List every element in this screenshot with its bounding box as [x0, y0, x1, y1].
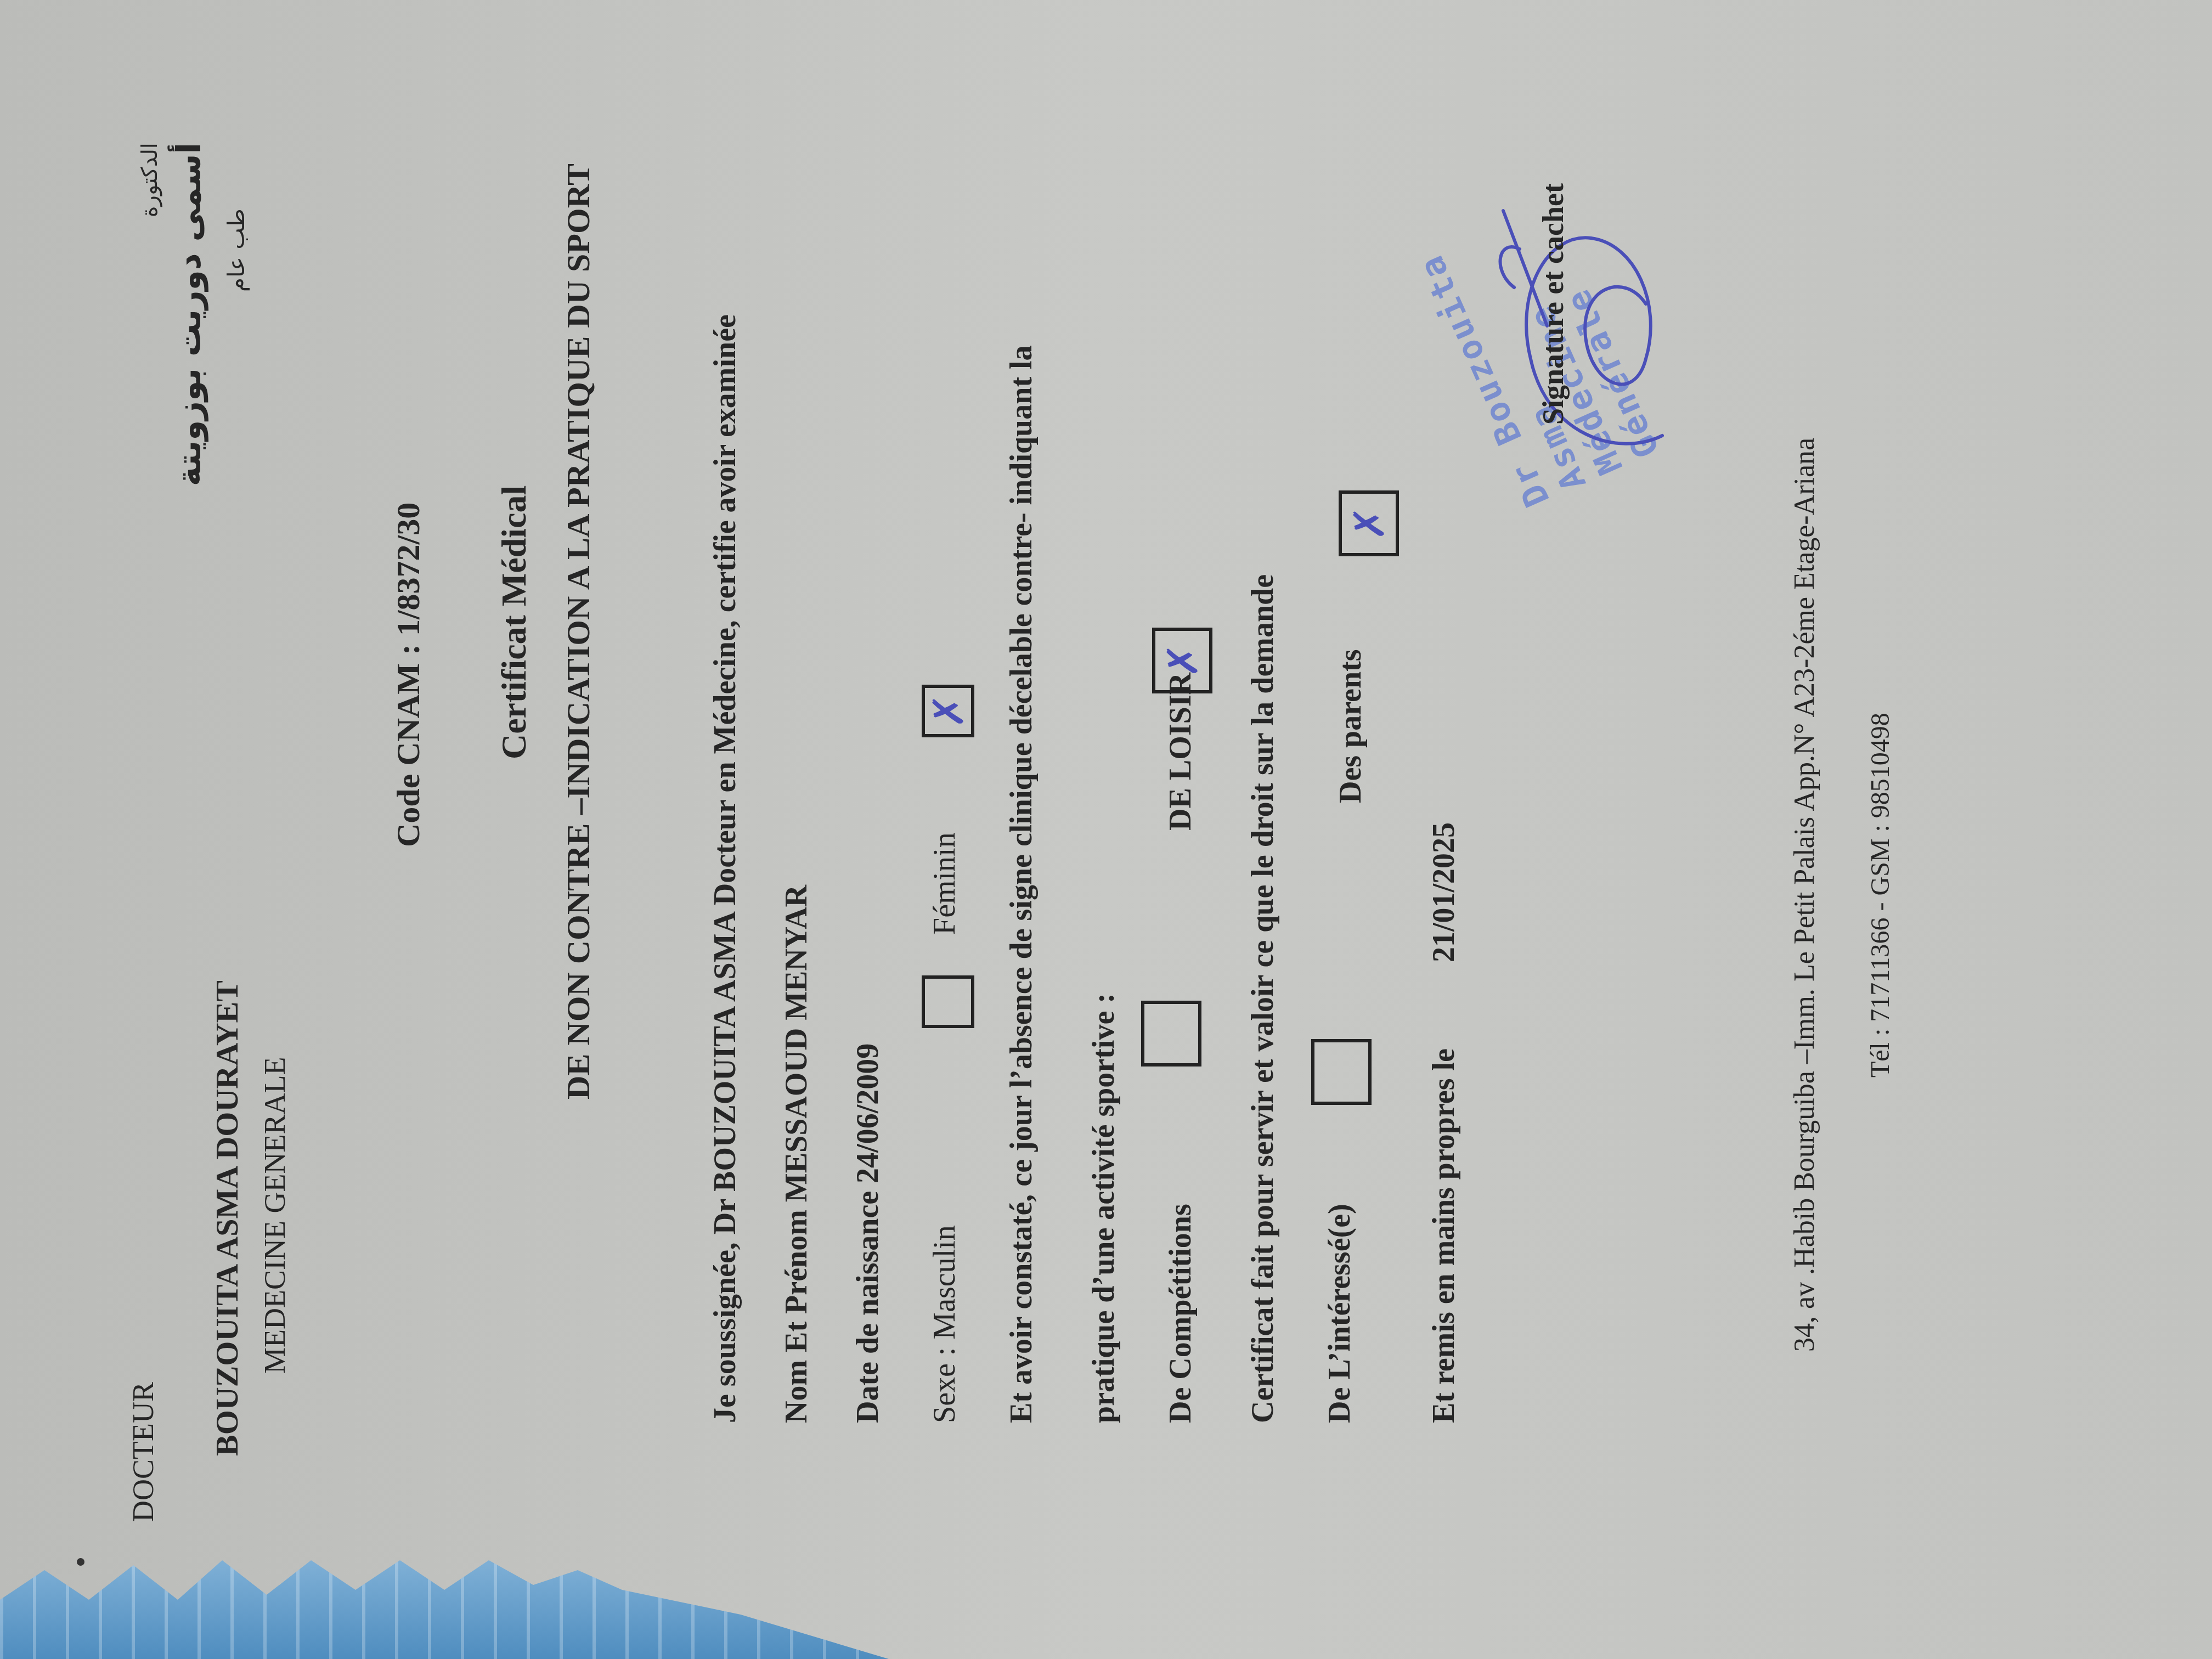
sex-female-label: Féminin: [927, 832, 962, 935]
checkbox-masculin[interactable]: [922, 975, 974, 1028]
handed-label: Et remis en mains propres le: [1426, 1048, 1462, 1423]
certificate-subtitle: DE NON CONTRE –INDICATION A LA PRATIQUE …: [560, 163, 597, 1099]
patient-name: Nom Et Prénom MESSAOUD MENYAR: [779, 885, 814, 1423]
checkbox-feminin[interactable]: ✗: [922, 685, 974, 737]
arabic-specialty: طب عام: [223, 143, 250, 486]
competition-label: De Compétitions: [1163, 1204, 1198, 1423]
signature-label: Signature et cachet: [1536, 183, 1570, 425]
handwritten-signature: [1481, 194, 1690, 469]
birth-date: Date de naissance 24/06/2009: [850, 1043, 885, 1423]
checkbox-interesse[interactable]: [1311, 1039, 1372, 1105]
sex-label: Sexe : Masculin: [927, 1225, 962, 1423]
arabic-doctor-name: أسمى دوريت بوزويتة: [170, 143, 208, 486]
footer-phones: Tél : 71711366 - GSM : 98510498: [1865, 713, 1895, 1077]
footer-address: 34, av .Habib Bourguiba –Imm. Le Petit P…: [1788, 438, 1821, 1352]
paper-speck: [77, 1558, 84, 1566]
checkbox-competitions[interactable]: [1141, 1001, 1201, 1066]
doctor-name: BOUZOUITA ASMA DOURAYET: [208, 980, 245, 1456]
parents-label: Des parents: [1333, 649, 1368, 803]
leisure-label: DE LOISIR: [1163, 673, 1198, 831]
arabic-doctor-title: الدكتورة: [137, 143, 162, 486]
checkbox-loisir[interactable]: ✗: [1152, 628, 1212, 693]
cnam-code: Code CNAM : 1/8372/30: [390, 503, 427, 847]
doctor-title: DOCTEUR: [126, 1382, 160, 1522]
medical-certificate-page: DOCTEUR BOUZOUITA ASMA DOURAYET MEDECINE…: [0, 0, 2212, 1659]
validity-statement: Certificat fait pour servir et valoir ce…: [1245, 574, 1280, 1423]
arabic-header: الدكتورة أسمى دوريت بوزويتة طب عام: [137, 143, 250, 486]
certification-statement: Je soussignée, Dr BOUZOUITA ASMA Docteur…: [708, 314, 743, 1423]
certificate-title: Certificat Médical: [494, 486, 534, 759]
issue-date: 21/01/2025: [1426, 822, 1462, 962]
checkbox-parents[interactable]: ✗: [1339, 490, 1399, 556]
activity-statement: pratique d’une activité sportive :: [1086, 993, 1121, 1423]
finding-statement: Et avoir constaté, ce jour l’absence de …: [1004, 345, 1039, 1423]
interested-label: De L’intéressé(e): [1322, 1204, 1357, 1423]
doctor-specialty: MEDECINE GENERALE: [258, 1057, 292, 1374]
